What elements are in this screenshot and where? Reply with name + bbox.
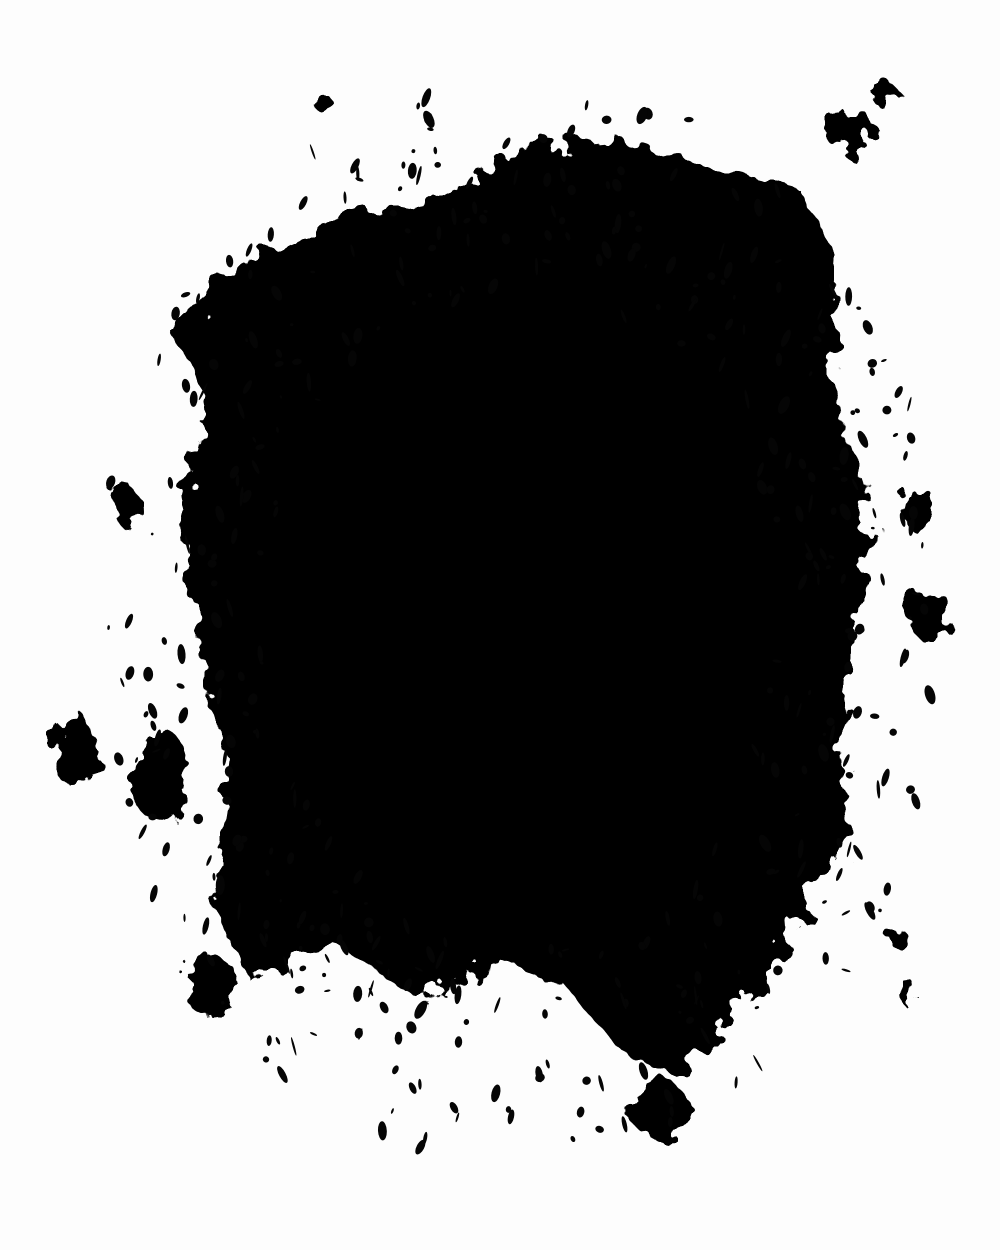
- splatter-graphic: [0, 0, 1000, 1250]
- ink-splatter-image: [0, 0, 1000, 1250]
